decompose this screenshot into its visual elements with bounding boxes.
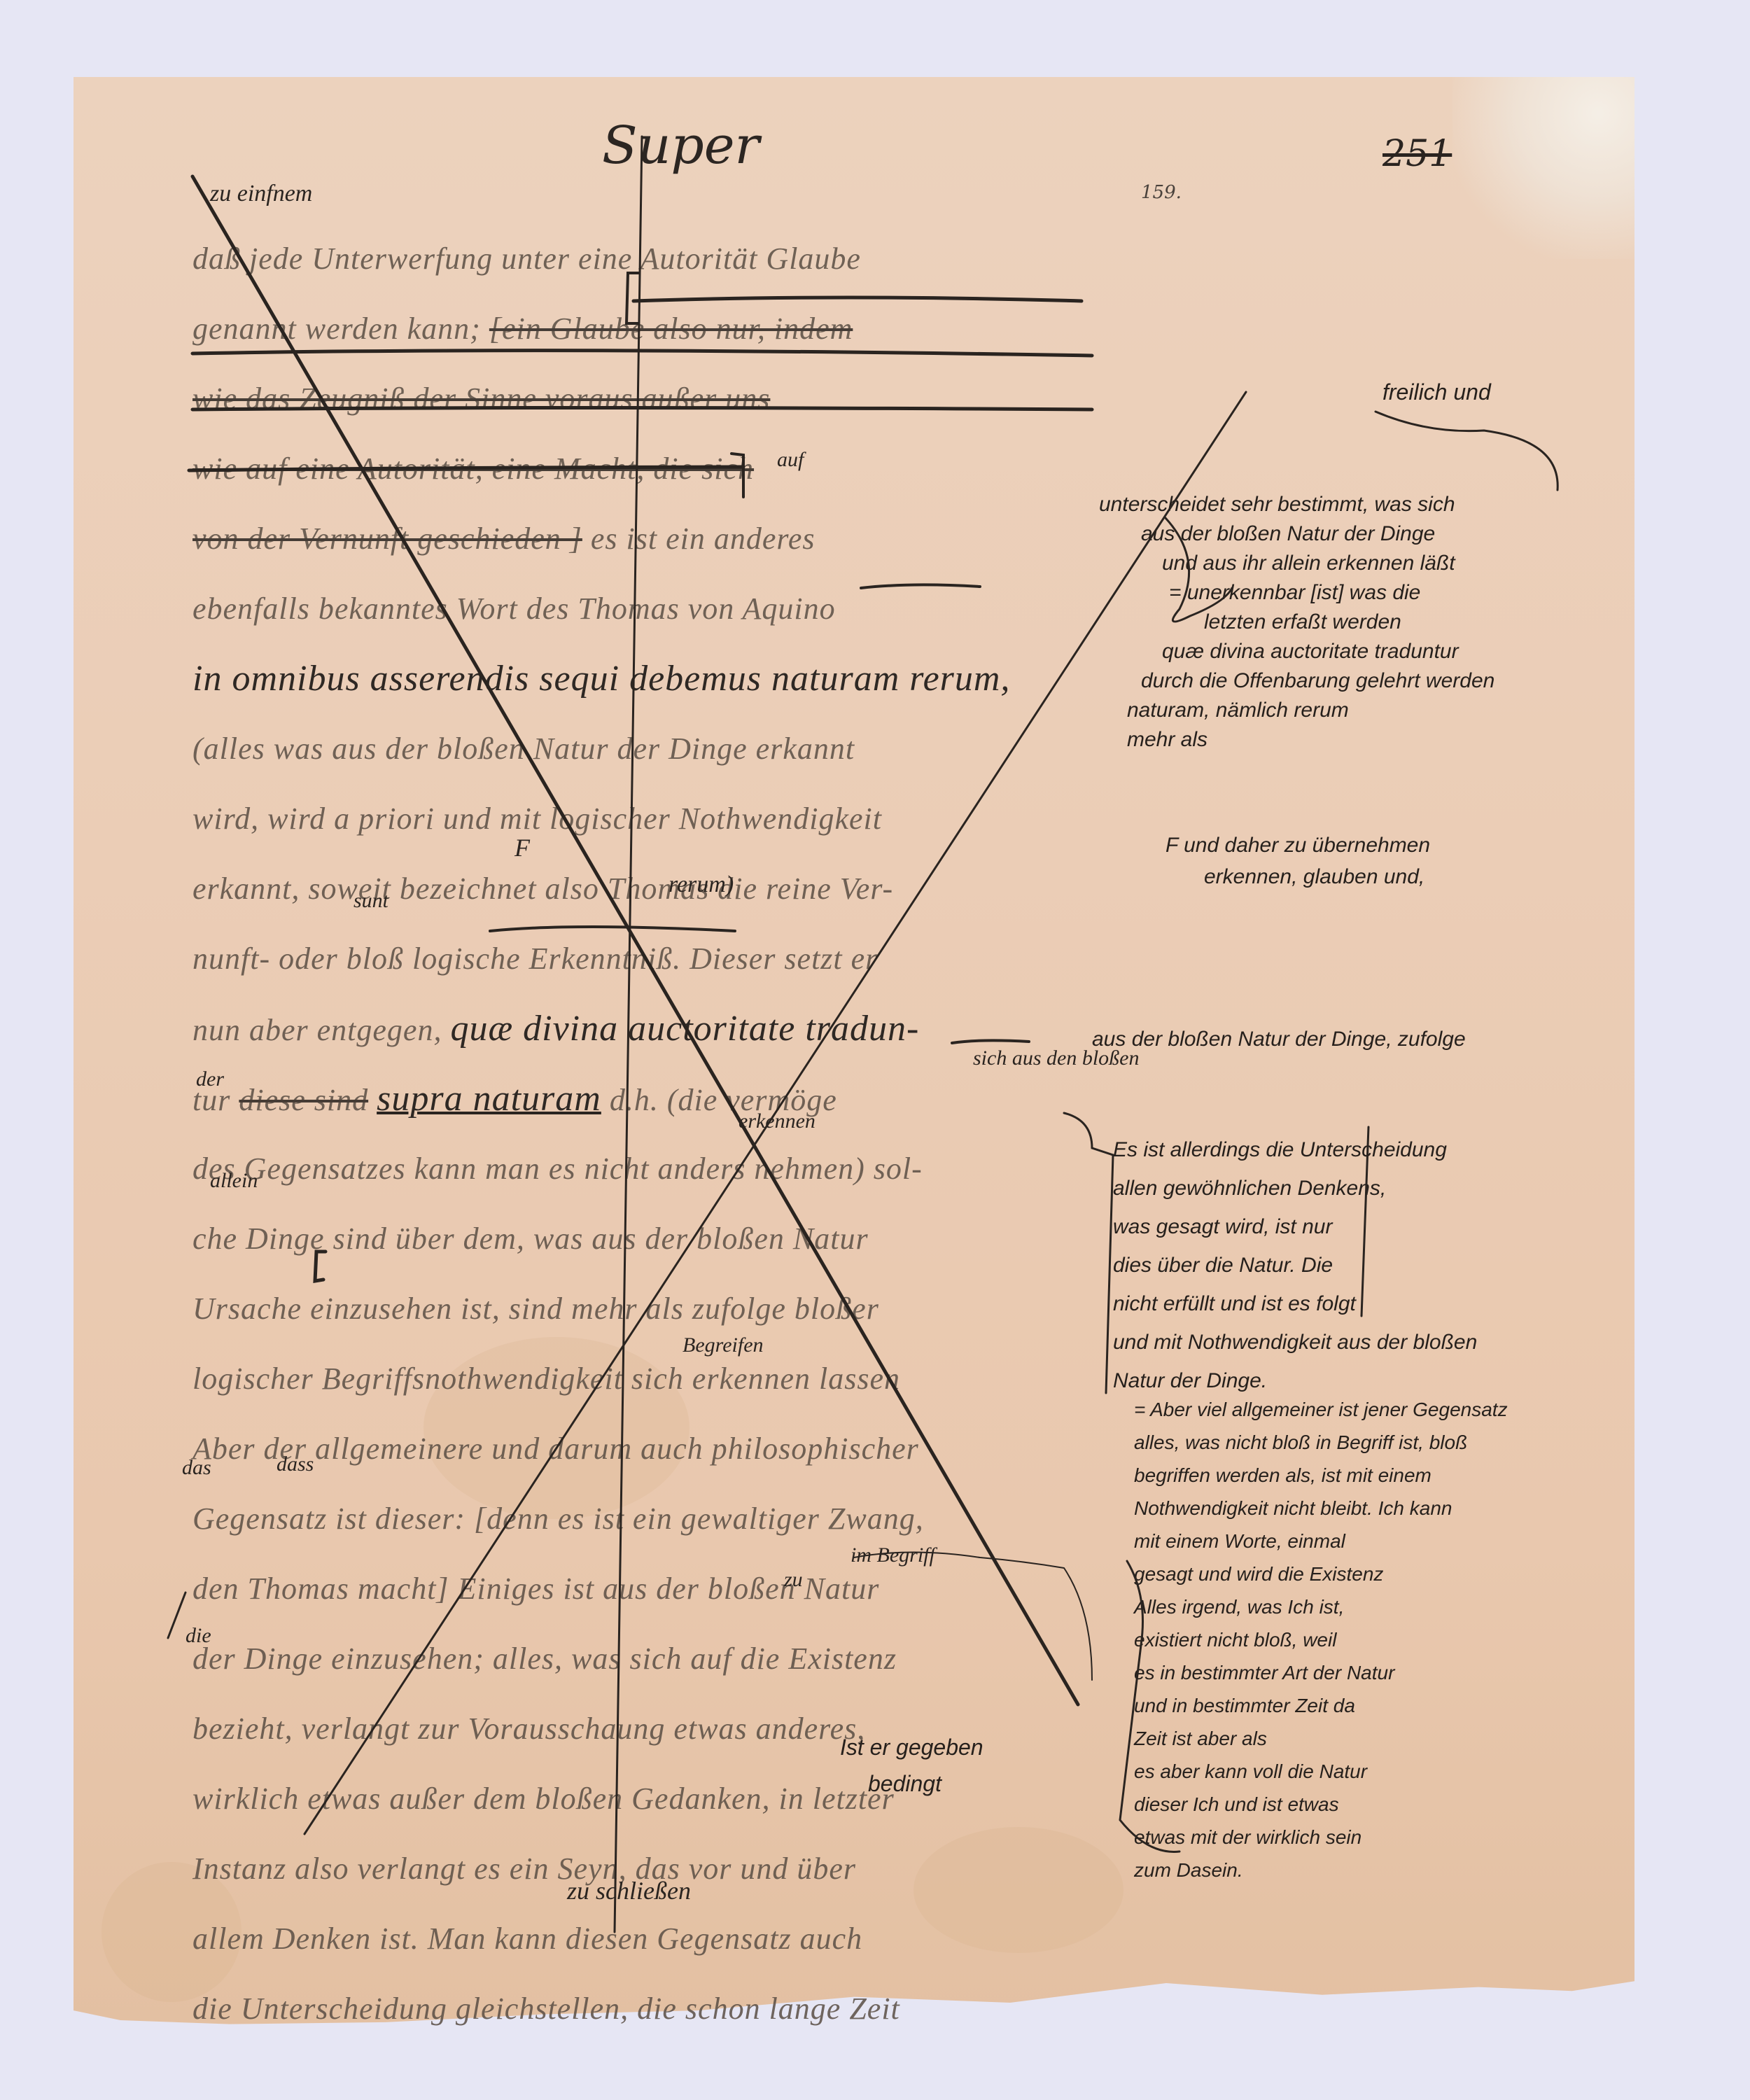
editorial-strokes [0,0,1750,2100]
vertical-rule [615,136,642,1932]
cross-out-stroke-2 [304,392,1246,1834]
cross-out-stroke-1 [192,176,1078,1704]
